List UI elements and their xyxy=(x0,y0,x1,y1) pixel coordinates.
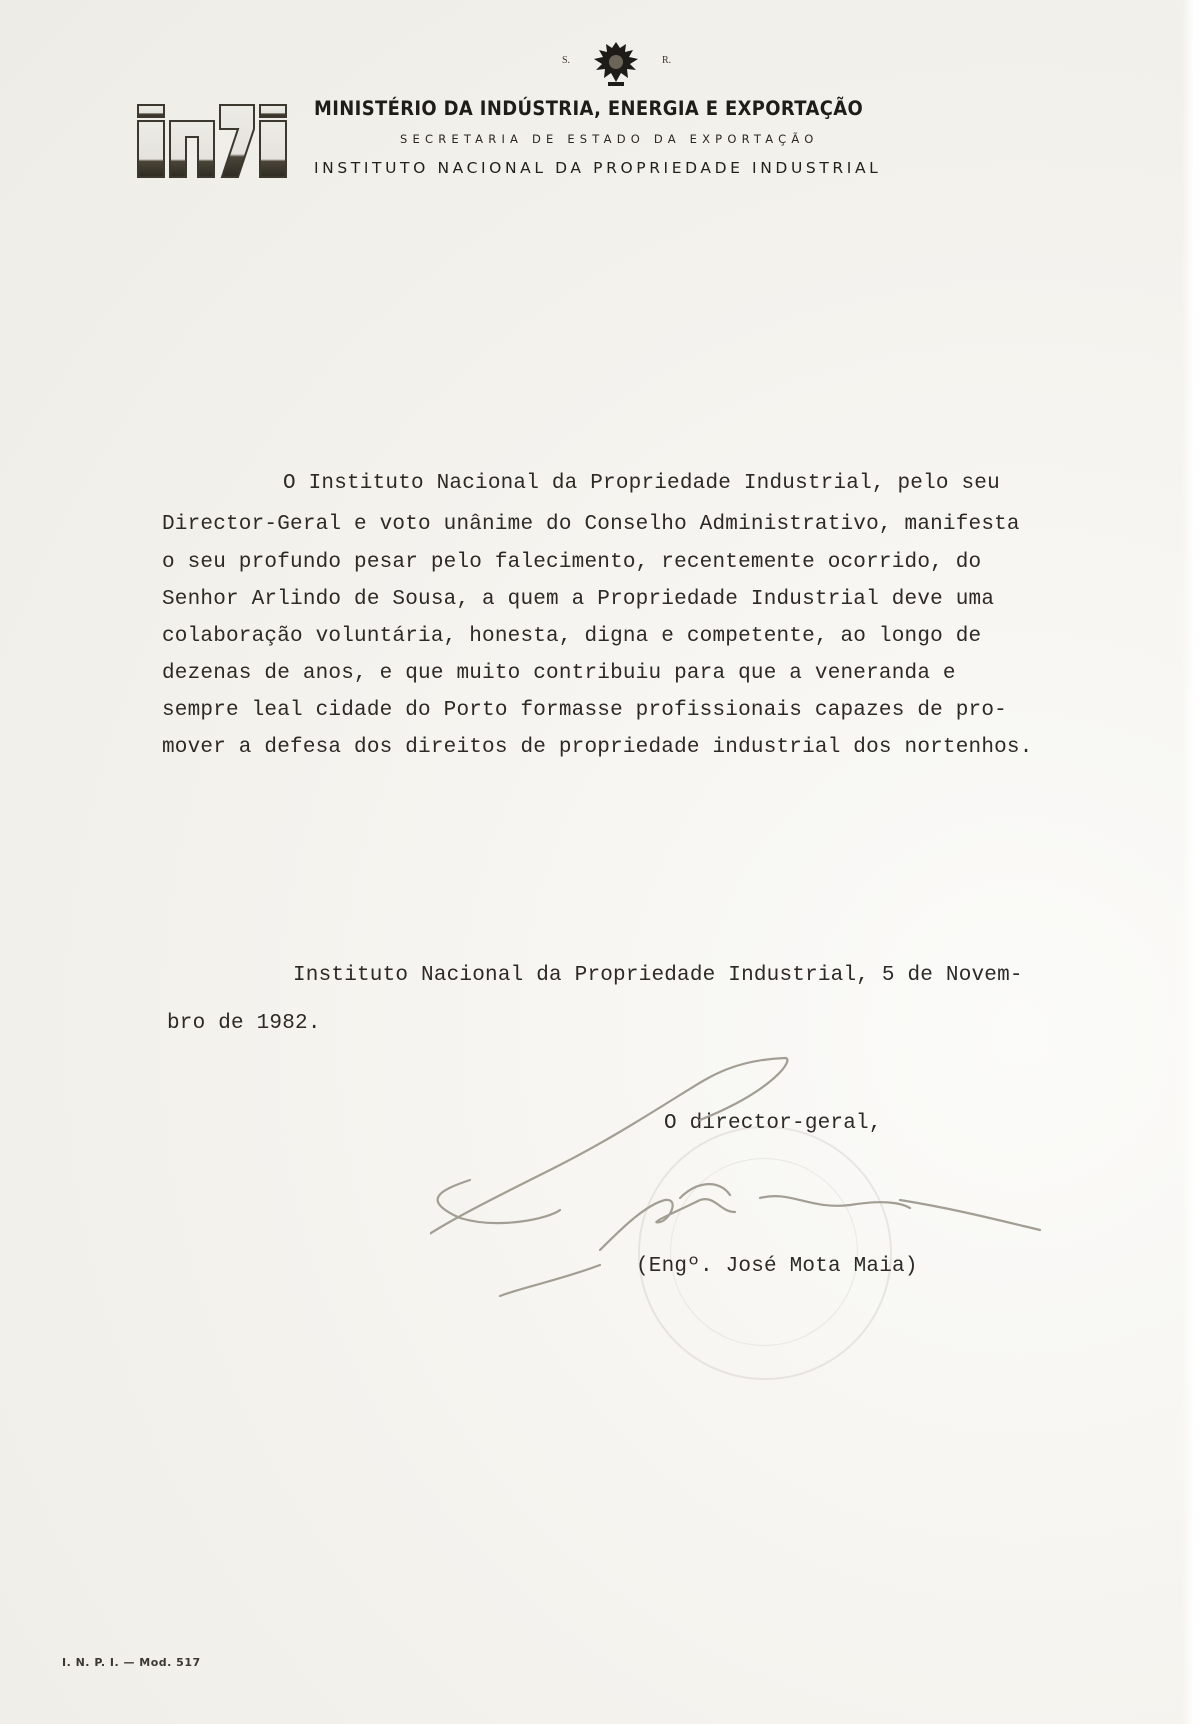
crest-right-letter: R. xyxy=(662,55,671,66)
paper-edge xyxy=(1182,0,1200,1724)
paragraph-line: Senhor Arlindo de Sousa, a quem a Propri… xyxy=(162,588,994,611)
paragraph-line: Director-Geral e voto unânime do Conselh… xyxy=(162,513,1020,536)
paragraph-line: colaboração voluntária, honesta, digna e… xyxy=(162,625,981,648)
coat-of-arms-icon xyxy=(586,38,646,88)
inpi-logo xyxy=(136,103,288,179)
paragraph-line: O Instituto Nacional da Propriedade Indu… xyxy=(283,472,1000,495)
paragraph-line: o seu profundo pesar pelo falecimento, r… xyxy=(162,551,981,574)
paragraph-line: mover a defesa dos direitos de proprieda… xyxy=(162,736,1033,759)
crest-left-letter: S. xyxy=(562,55,570,66)
date-line: bro de 1982. xyxy=(167,1012,321,1035)
ministry-heading: MINISTÉRIO DA INDÚSTRIA, ENERGIA E EXPOR… xyxy=(314,97,859,120)
date-line: Instituto Nacional da Propriedade Indust… xyxy=(293,964,1023,987)
secretariat-heading: SECRETARIA DE ESTADO DA EXPORTAÇÃO xyxy=(400,132,818,146)
signatory-name: (Engº. José Mota Maia) xyxy=(636,1255,918,1278)
form-code: I. N. P. I. — Mod. 517 xyxy=(62,1656,201,1669)
paragraph-line: sempre leal cidade do Porto formasse pro… xyxy=(162,699,1007,722)
letterhead-crest: S. R. xyxy=(540,38,700,88)
paragraph-line: dezenas de anos, e que muito contribuiu … xyxy=(162,662,956,685)
institute-heading: INSTITUTO NACIONAL DA PROPRIEDADE INDUST… xyxy=(314,159,881,177)
